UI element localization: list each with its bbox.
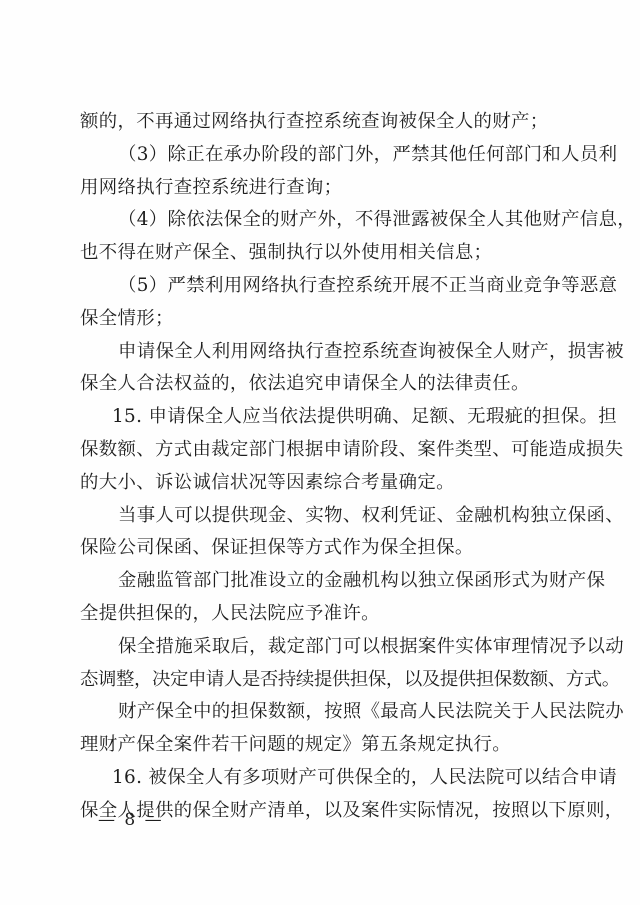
text-line-paragraph: 申请保全人利用网络执行查控系统查询被保全人财产，损害被 bbox=[80, 336, 558, 369]
text-line: 保全人合法权益的，依法追究申请保全人的法律责任。 bbox=[80, 368, 558, 401]
text-line-paragraph: 财产保全中的担保数额，按照《最高人民法院关于人民法院办 bbox=[80, 696, 558, 729]
page-number: — 8 — bbox=[98, 808, 164, 832]
text-line-article-15: 15. 申请保全人应当依法提供明确、足额、无瑕疵的担保。担 bbox=[80, 401, 558, 434]
text-line-item-5: （5）严禁利用网络执行查控系统开展不正当商业竞争等恶意 bbox=[80, 270, 558, 303]
text-line: 保险公司保函、保证担保等方式作为保全担保。 bbox=[80, 532, 558, 565]
text-line: 保全情形； bbox=[80, 303, 558, 336]
document-body: 额的，不再通过网络执行查控系统查询被保全人的财产； （3）除正在承办阶段的部门外… bbox=[80, 106, 558, 828]
text-line-paragraph: 当事人可以提供现金、实物、权利凭证、金融机构独立保函、 bbox=[80, 500, 558, 533]
text-line: 额的，不再通过网络执行查控系统查询被保全人的财产； bbox=[80, 106, 558, 139]
text-line: 保数额、方式由裁定部门根据申请阶段、案件类型、可能造成损失 bbox=[80, 434, 558, 467]
text-line-paragraph: 保全措施采取后，裁定部门可以根据案件实体审理情况予以动 bbox=[80, 631, 558, 664]
text-line: 态调整，决定申请人是否持续提供担保，以及提供担保数额、方式。 bbox=[80, 664, 558, 697]
document-page: 额的，不再通过网络执行查控系统查询被保全人的财产； （3）除正在承办阶段的部门外… bbox=[0, 0, 640, 905]
text-line-article-16: 16. 被保全人有多项财产可供保全的，人民法院可以结合申请 bbox=[80, 762, 558, 795]
text-line-item-3: （3）除正在承办阶段的部门外，严禁其他任何部门和人员利 bbox=[80, 139, 558, 172]
text-line: 理财产保全案件若干问题的规定》第五条规定执行。 bbox=[80, 729, 558, 762]
text-line: 用网络执行查控系统进行查询； bbox=[80, 172, 558, 205]
text-line-paragraph: 金融监管部门批准设立的金融机构以独立保函形式为财产保 bbox=[80, 565, 558, 598]
text-line-item-4: （4）除依法保全的财产外，不得泄露被保全人其他财产信息， bbox=[80, 204, 558, 237]
text-line: 也不得在财产保全、强制执行以外使用相关信息； bbox=[80, 237, 558, 270]
text-line: 的大小、诉讼诚信状况等因素综合考量确定。 bbox=[80, 467, 558, 500]
text-line: 全提供担保的，人民法院应予准许。 bbox=[80, 598, 558, 631]
